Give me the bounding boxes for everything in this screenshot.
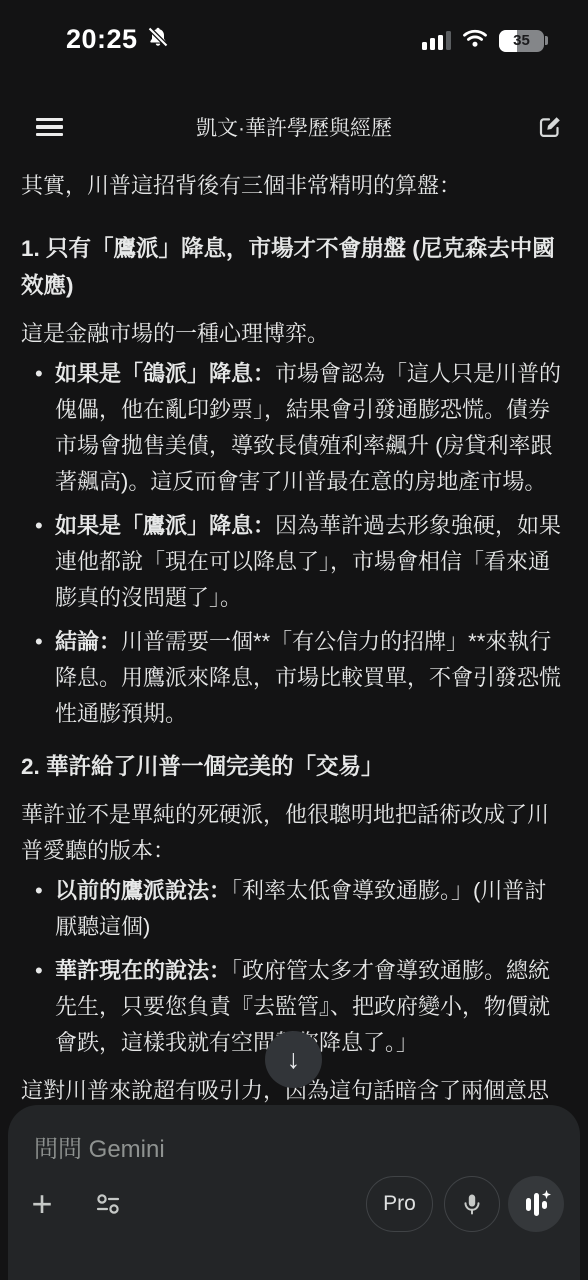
- gemini-app-screen: 20:25: [0, 0, 588, 1280]
- cellular-signal-icon: [422, 31, 451, 50]
- battery-percent: 35: [499, 30, 544, 52]
- bullet-icon: •: [21, 508, 55, 616]
- chat-input[interactable]: 問問 Gemini: [34, 1129, 554, 1164]
- scroll-to-bottom-button[interactable]: ↓: [265, 1031, 322, 1088]
- section-1-heading: 1. 只有「鷹派」降息，市場才不會崩盤 (尼克森去中國效應): [21, 230, 567, 304]
- plus-icon: +: [31, 1190, 52, 1218]
- model-selector-button[interactable]: Pro: [366, 1176, 433, 1232]
- pro-label: Pro: [383, 1192, 416, 1216]
- section-1-bullet-list: • 如果是「鴿派」降息：市場會認為「這人只是川普的傀儡，他在亂印鈔票」，結果會引…: [21, 356, 567, 732]
- add-attachment-button[interactable]: +: [28, 1190, 56, 1218]
- status-bar: 20:25: [0, 24, 588, 62]
- bullet-icon: •: [21, 953, 55, 1061]
- list-item: • 如果是「鷹派」降息：因為華許過去形象強硬，如果連他都說「現在可以降息了」，市…: [21, 508, 567, 616]
- bullet-icon: •: [21, 873, 55, 945]
- arrow-down-icon: ↓: [287, 1046, 301, 1073]
- tune-icon: [95, 1192, 121, 1216]
- composer-toolbar: + Pro: [8, 1176, 580, 1232]
- bullet-icon: •: [21, 624, 55, 732]
- gemini-live-button[interactable]: [508, 1176, 564, 1232]
- section-2-lead: 華許並不是單純的死硬派，他很聰明地把話術改成了川普愛聽的版本：: [21, 797, 567, 869]
- section-1-lead: 這是金融市場的一種心理博弈。: [21, 316, 567, 352]
- tools-button[interactable]: [94, 1190, 122, 1218]
- app-header: 凱文·華許學歷與經歷: [0, 103, 588, 151]
- list-item: • 結論：川普需要一個**「有公信力的招牌」**來執行降息。用鷹派來降息，市場比…: [21, 624, 567, 732]
- clock: 20:25: [66, 24, 138, 55]
- battery-icon: 35: [499, 30, 548, 52]
- section-2-heading: 2. 華許給了川普一個完美的「交易」: [21, 748, 567, 785]
- composer-sheet: 問問 Gemini + Pro: [8, 1105, 580, 1280]
- voice-input-button[interactable]: [444, 1176, 500, 1232]
- menu-icon[interactable]: [36, 118, 63, 137]
- intro-paragraph: 其實，川普這招背後有三個非常精明的算盤：: [21, 168, 567, 204]
- notifications-muted-icon: [146, 25, 170, 54]
- new-chat-icon[interactable]: [536, 113, 564, 141]
- conversation-title: 凱文·華許學歷與經歷: [0, 112, 588, 142]
- chat-message-body: 其實，川普這招背後有三個非常精明的算盤： 1. 只有「鷹派」降息，市場才不會崩盤…: [21, 168, 567, 1109]
- wifi-icon: [462, 28, 488, 53]
- list-item: • 以前的鷹派說法：「利率太低會導致通膨。」(川普討厭聽這個): [21, 873, 567, 945]
- bullet-icon: •: [21, 356, 55, 500]
- list-item: • 如果是「鴿派」降息：市場會認為「這人只是川普的傀儡，他在亂印鈔票」，結果會引…: [21, 356, 567, 500]
- voice-waveform-icon: [520, 1189, 552, 1219]
- microphone-icon: [459, 1191, 485, 1217]
